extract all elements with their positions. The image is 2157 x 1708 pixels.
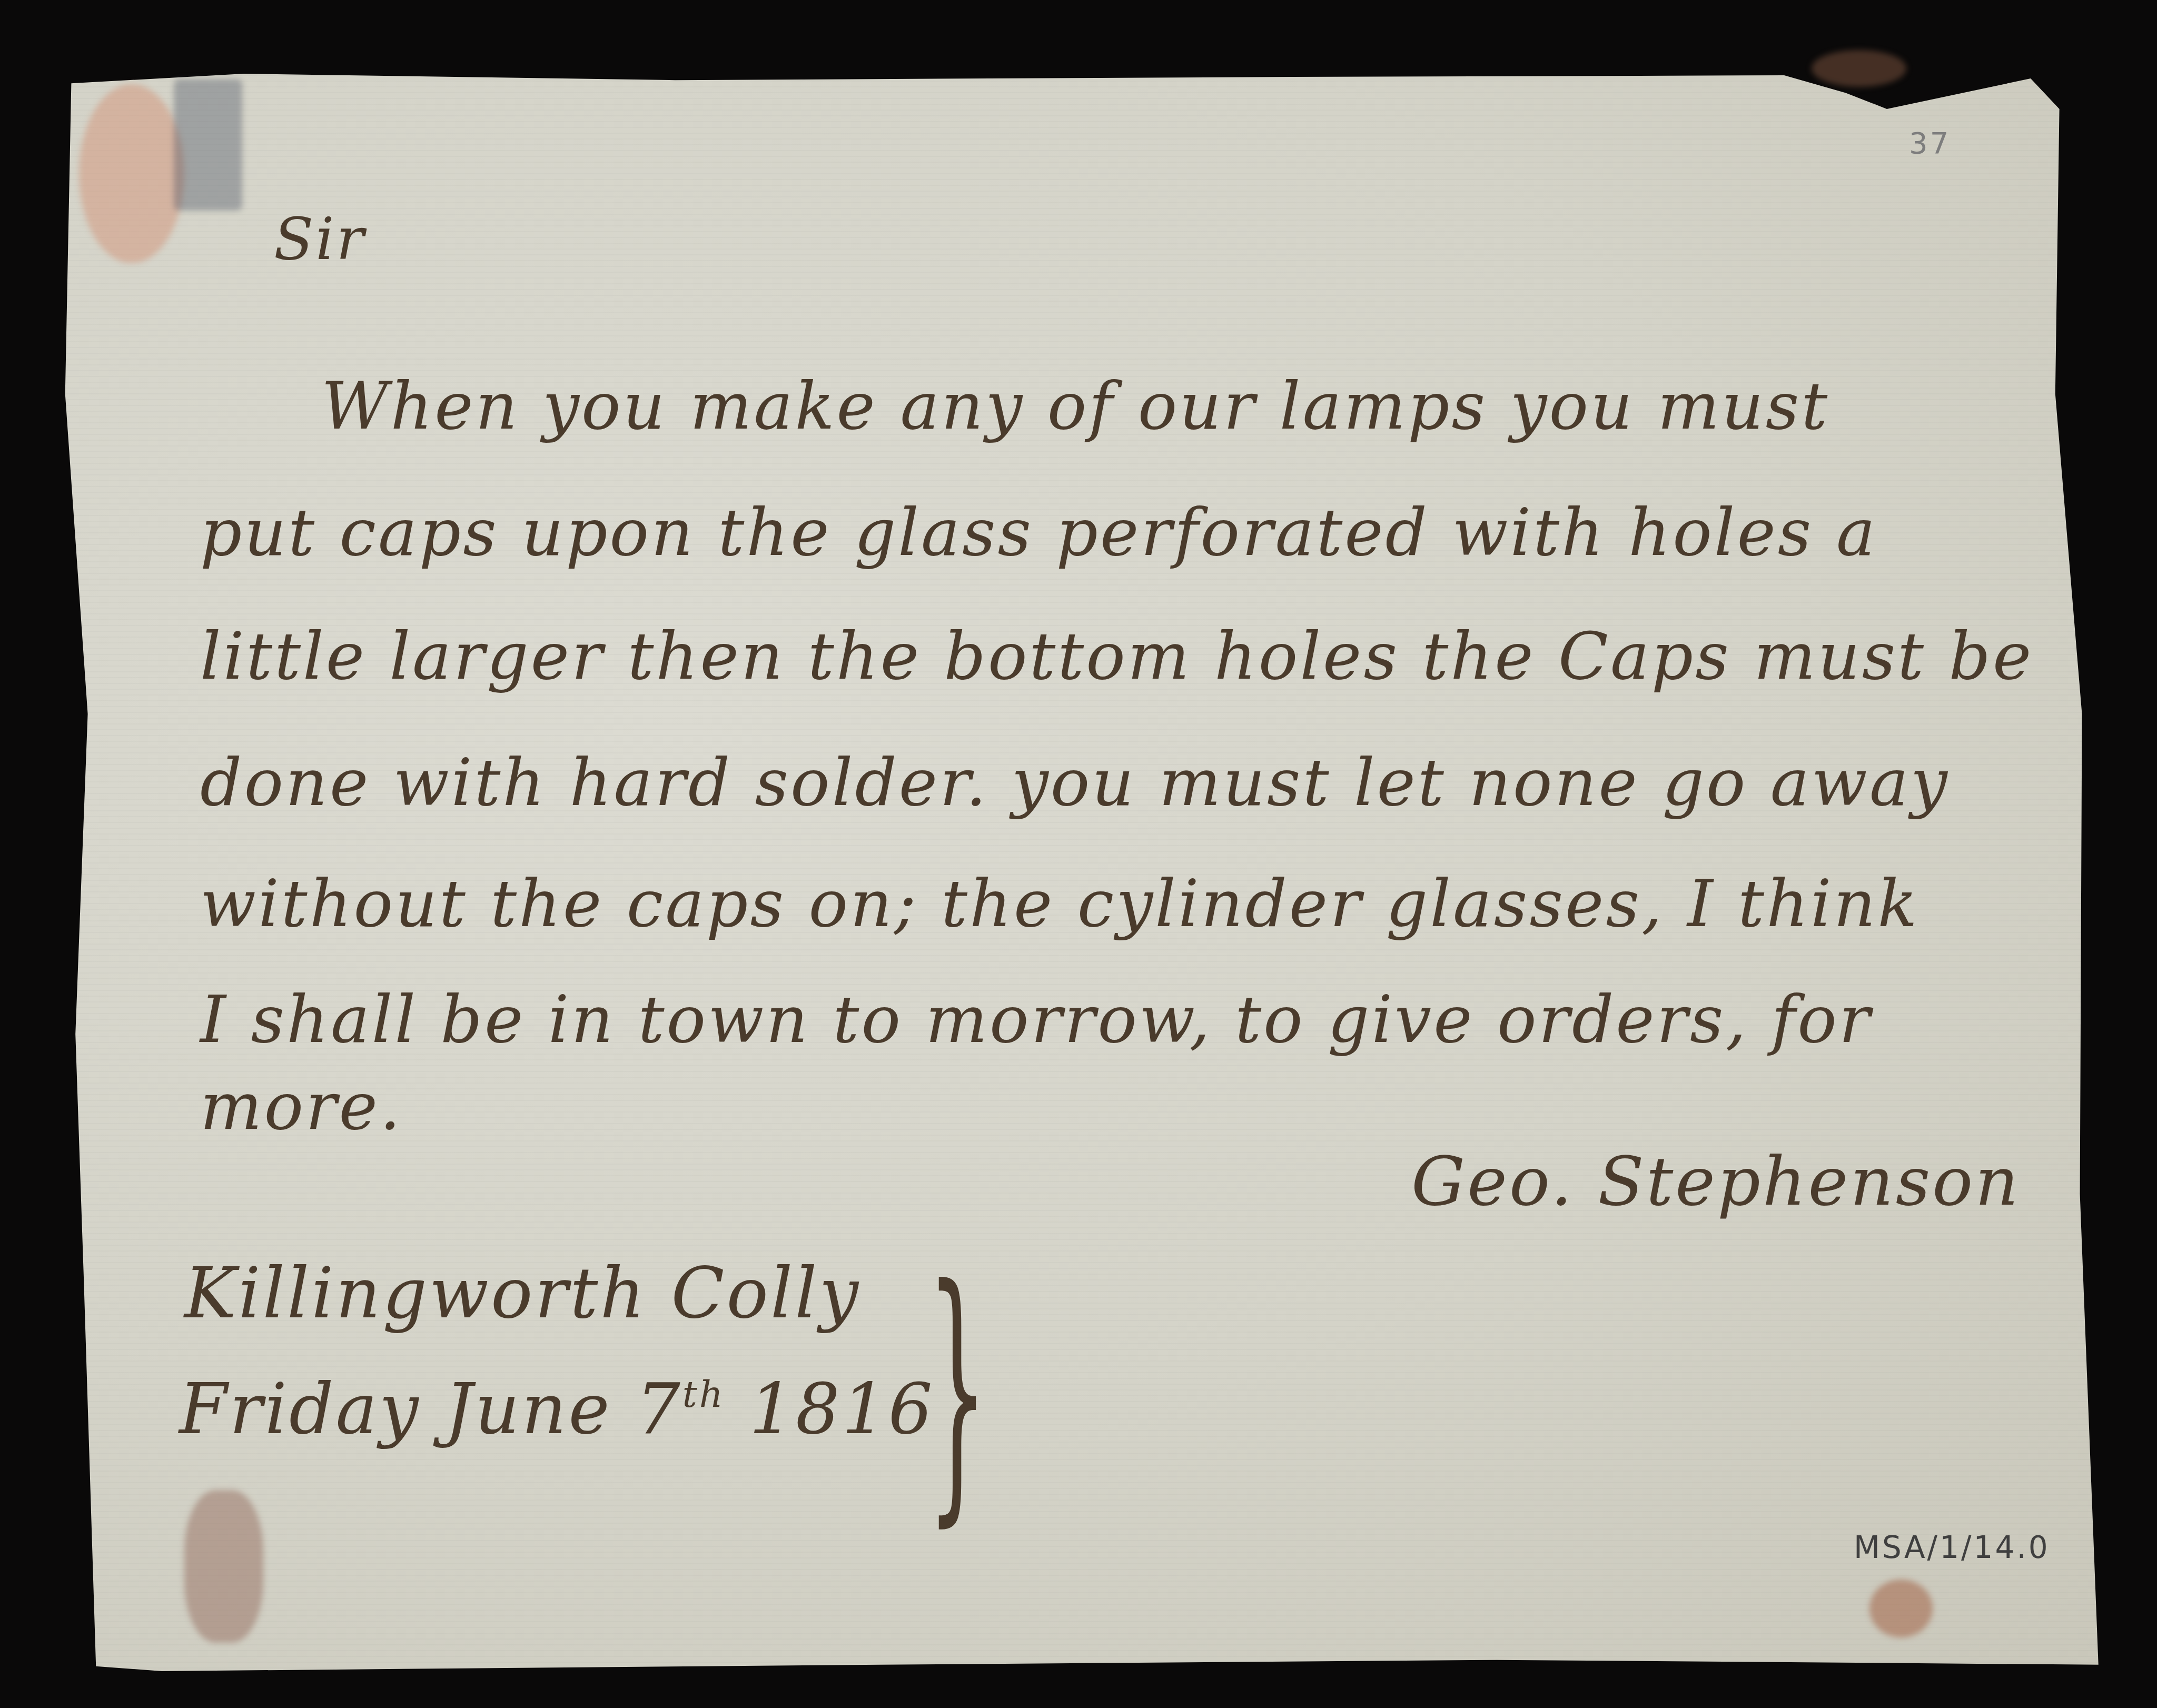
catalog-number: MSA/1/14.0 (1854, 1530, 2050, 1565)
stain-bottom-left (184, 1490, 263, 1643)
folio-number: 37 (1909, 126, 1951, 161)
place-of-writing: Killingworth Colly (184, 1253, 860, 1334)
letter-line-2: put caps upon the glass perforated with … (200, 495, 1877, 571)
repair-tape (174, 79, 242, 211)
letter-line-6: I shall be in town to morrow, to give or… (200, 982, 1872, 1058)
stain-top-right (1812, 50, 1906, 87)
date-weekday-month: Friday June 7 (179, 1369, 682, 1450)
date-year: 1816 (749, 1369, 935, 1450)
letter-line-1: When you make any of our lamps you must (321, 369, 1829, 444)
stain-bottom-right (1869, 1580, 1933, 1637)
date-line: Friday June 7th 1816 (179, 1369, 935, 1450)
letter-line-5: without the caps on; the cylinder glasse… (200, 866, 1919, 942)
letter-line-7: more. (200, 1069, 402, 1145)
letter-line-4: done with hard solder. you must let none… (200, 745, 1950, 821)
salutation: Sir (274, 205, 366, 273)
date-ordinal-suffix: th (682, 1373, 725, 1416)
stain-top-left (79, 84, 184, 263)
letter-line-3: little larger then the bottom holes the … (200, 619, 2033, 694)
closing-brace: } (927, 1253, 988, 1527)
signature: Geo. Stephenson (1411, 1143, 2021, 1221)
